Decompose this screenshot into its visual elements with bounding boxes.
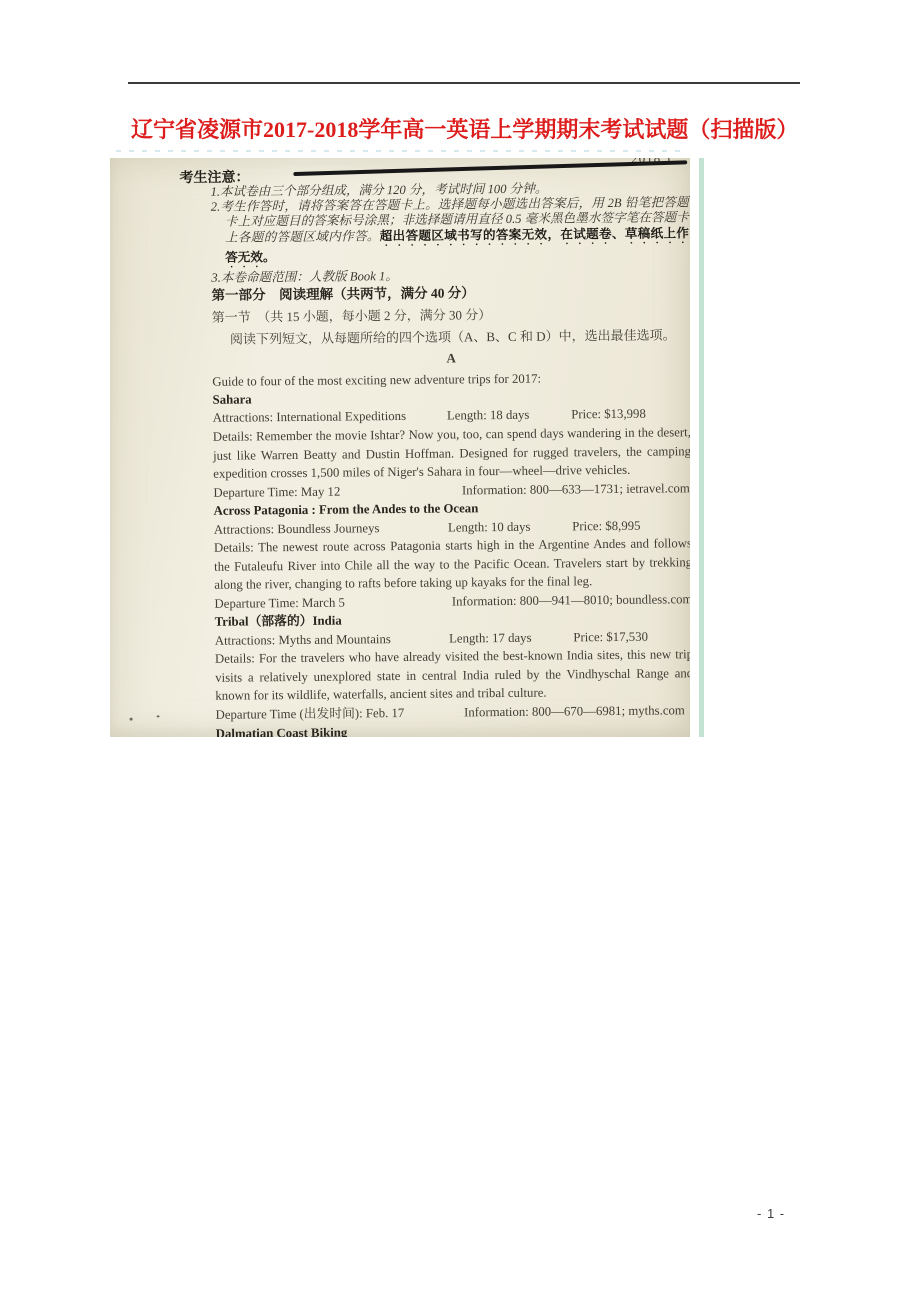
trip-information: Information: 800—941—8010; boundless.com — [452, 590, 690, 611]
trip-attractions: Attractions: Boundless Journeys — [214, 518, 448, 539]
page-number: - 1 - — [757, 1206, 785, 1221]
trip-price: Price: $13,998 — [571, 405, 690, 425]
section-heading: 第一节 （共 15 小题，每小题 2 分，满分 30 分） — [212, 305, 690, 326]
scan-speck — [130, 718, 133, 721]
notice-item-2: 2.考生作答时，请将答案答在答题卡上。选择题每小题选出答案后，用 2B 铅笔把答… — [211, 195, 690, 270]
trip-patagonia: Across Patagonia : From the Andes to the… — [214, 497, 690, 613]
page-title: 辽宁省凌源市2017-2018学年高一英语上学期期末考试试题（扫描版） — [131, 113, 811, 144]
header-divider — [128, 82, 800, 84]
trip-attractions: Attractions: International Expeditions — [213, 407, 447, 428]
trip-price: Price: $8,995 — [572, 516, 690, 536]
trip-sahara: Sahara Attractions: International Expedi… — [212, 386, 690, 502]
trip-length: Length: 17 days — [449, 628, 573, 648]
trip-details: Details: For the travelers who have alre… — [215, 645, 690, 705]
scan-top-rule — [293, 160, 687, 175]
trip-information: Information: 800—670—6981; myths.com — [464, 701, 690, 722]
exam-body: 第一部分 阅读理解（共两节，满分 40 分） 第一节 （共 15 小题，每小题 … — [211, 283, 690, 737]
section-instructions: 阅读下列短文，从每题所给的四个选项（A、B、C 和 D）中，选出最佳选项。 — [212, 327, 690, 348]
trip-attractions: Attractions: Myths and Mountains — [215, 629, 449, 650]
trip-details: Details: The newest route across Patagon… — [214, 534, 690, 594]
trip-departure: Departure Time (出发时间): Feb. 17 — [215, 703, 464, 724]
scanner-artifact-line — [116, 150, 682, 152]
trip-tribal-india: Tribal（部落的）India Attractions: Myths and … — [215, 609, 690, 725]
scan-edge-line — [699, 158, 704, 737]
trip-details: Details: Remember the movie Ishtar? Now … — [213, 423, 690, 483]
trip-information: Information: 800—633—1731; ietravel.com — [462, 479, 690, 500]
notice-list: 1.本试卷由三个部分组成，满分 120 分，考试时间 100 分钟。 2.考生作… — [210, 180, 689, 285]
trip-departure: Departure Time: March 5 — [214, 592, 452, 613]
notice-item-3: 3.本卷命题范围：人教版 Book 1。 — [211, 266, 689, 286]
trip-length: Length: 10 days — [448, 517, 572, 537]
scan-speck — [157, 715, 160, 717]
trip-length: Length: 18 days — [447, 406, 571, 426]
part-heading: 第一部分 阅读理解（共两节，满分 40 分） — [211, 283, 689, 304]
scan-content: 2018.1 考生注意： 1.本试卷由三个部分组成，满分 120 分，考试时间 … — [110, 158, 690, 737]
trip-price: Price: $17,530 — [573, 627, 690, 647]
document-page: 辽宁省凌源市2017-2018学年高一英语上学期期末考试试题（扫描版） 2018… — [0, 0, 920, 1302]
passage-label: A — [212, 348, 690, 369]
trip-departure: Departure Time: May 12 — [213, 481, 462, 502]
scanned-exam-image: 2018.1 考生注意： 1.本试卷由三个部分组成，满分 120 分，考试时间 … — [110, 158, 690, 737]
